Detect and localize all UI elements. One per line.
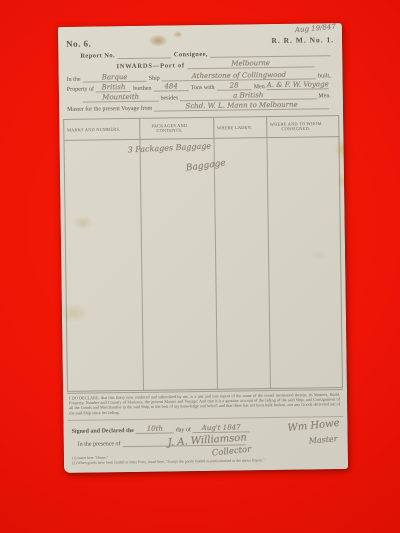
header-where-consigned: WHERE AND TO WHOM CONSIGNED. xyxy=(267,116,339,138)
inwards-port-label: INWARDS—Port of xyxy=(116,62,185,70)
voyage-route-value: Schd. W. L. Mann to Melbourne xyxy=(154,100,329,111)
voyage-value: A. & F. W. Voyage xyxy=(267,80,329,90)
col-packages-contents xyxy=(140,139,217,390)
master-title: Master xyxy=(309,434,338,445)
day-value: 10th xyxy=(136,424,174,434)
nationality-value: a British xyxy=(180,90,316,101)
master-name-value: Mounteith xyxy=(83,93,159,103)
tons-with-label: Tons with xyxy=(191,85,215,91)
header-packages-contents: PACKAGES AND CONTENTS. xyxy=(140,118,214,140)
property-value: British xyxy=(96,83,131,92)
consignee-blank xyxy=(210,47,331,58)
header-where-laden: WHERE LADEN. xyxy=(214,117,267,139)
cargo-table-body xyxy=(64,137,341,391)
col-where-laden xyxy=(214,138,270,389)
col-where-consigned xyxy=(267,137,342,388)
in-the-label: In the xyxy=(67,77,81,83)
men-label: Men xyxy=(254,84,265,90)
consignee-label: Consignee, xyxy=(174,51,208,58)
present-voyage-label: Master for the present Voyage from xyxy=(67,106,152,113)
property-of-label: Property of xyxy=(67,87,94,93)
men-count-value: 28 xyxy=(216,81,251,90)
cargo-table: MARKS AND NUMBERS. PACKAGES AND CONTENTS… xyxy=(63,115,343,392)
report-no-label: Report No. xyxy=(80,52,115,59)
built-label: built, xyxy=(318,73,331,79)
signed-declared-label: Signed and Declared the xyxy=(72,428,134,435)
series-reference: R. R. M. No. 1. xyxy=(271,35,334,45)
besides-label: besides xyxy=(161,95,179,101)
master-signature: Wm Howe xyxy=(287,418,340,434)
inwards-port-value: Melbourne xyxy=(187,58,315,69)
ship-rig-value: Barque xyxy=(82,73,146,83)
handwritten-date-annotation: Aug 19/847 xyxy=(295,23,336,34)
header-marks-numbers: MARKS AND NUMBERS. xyxy=(64,119,140,141)
declaration-text: I DO DECLARE, that this Entry now render… xyxy=(69,392,340,415)
day-of-label: day of xyxy=(176,427,191,433)
report-no-blank xyxy=(117,49,172,59)
col-marks-numbers xyxy=(64,140,143,391)
declaration-box: I DO DECLARE, that this Entry now render… xyxy=(67,389,343,421)
report-form-paper: Aug 19/847 No. 6. R. R. M. No. 1. Report… xyxy=(58,23,348,473)
presence-label: In the presence of xyxy=(78,441,121,448)
ship-label: Ship xyxy=(149,76,160,82)
doc-number: No. 6. xyxy=(66,39,91,49)
tons-value: 484 xyxy=(153,82,188,91)
men-end-label: Men. xyxy=(318,93,331,99)
footnotes-block: (1) Insert here "Hours." (2) When goods … xyxy=(72,452,344,470)
burthen-label: burthen xyxy=(133,86,151,92)
